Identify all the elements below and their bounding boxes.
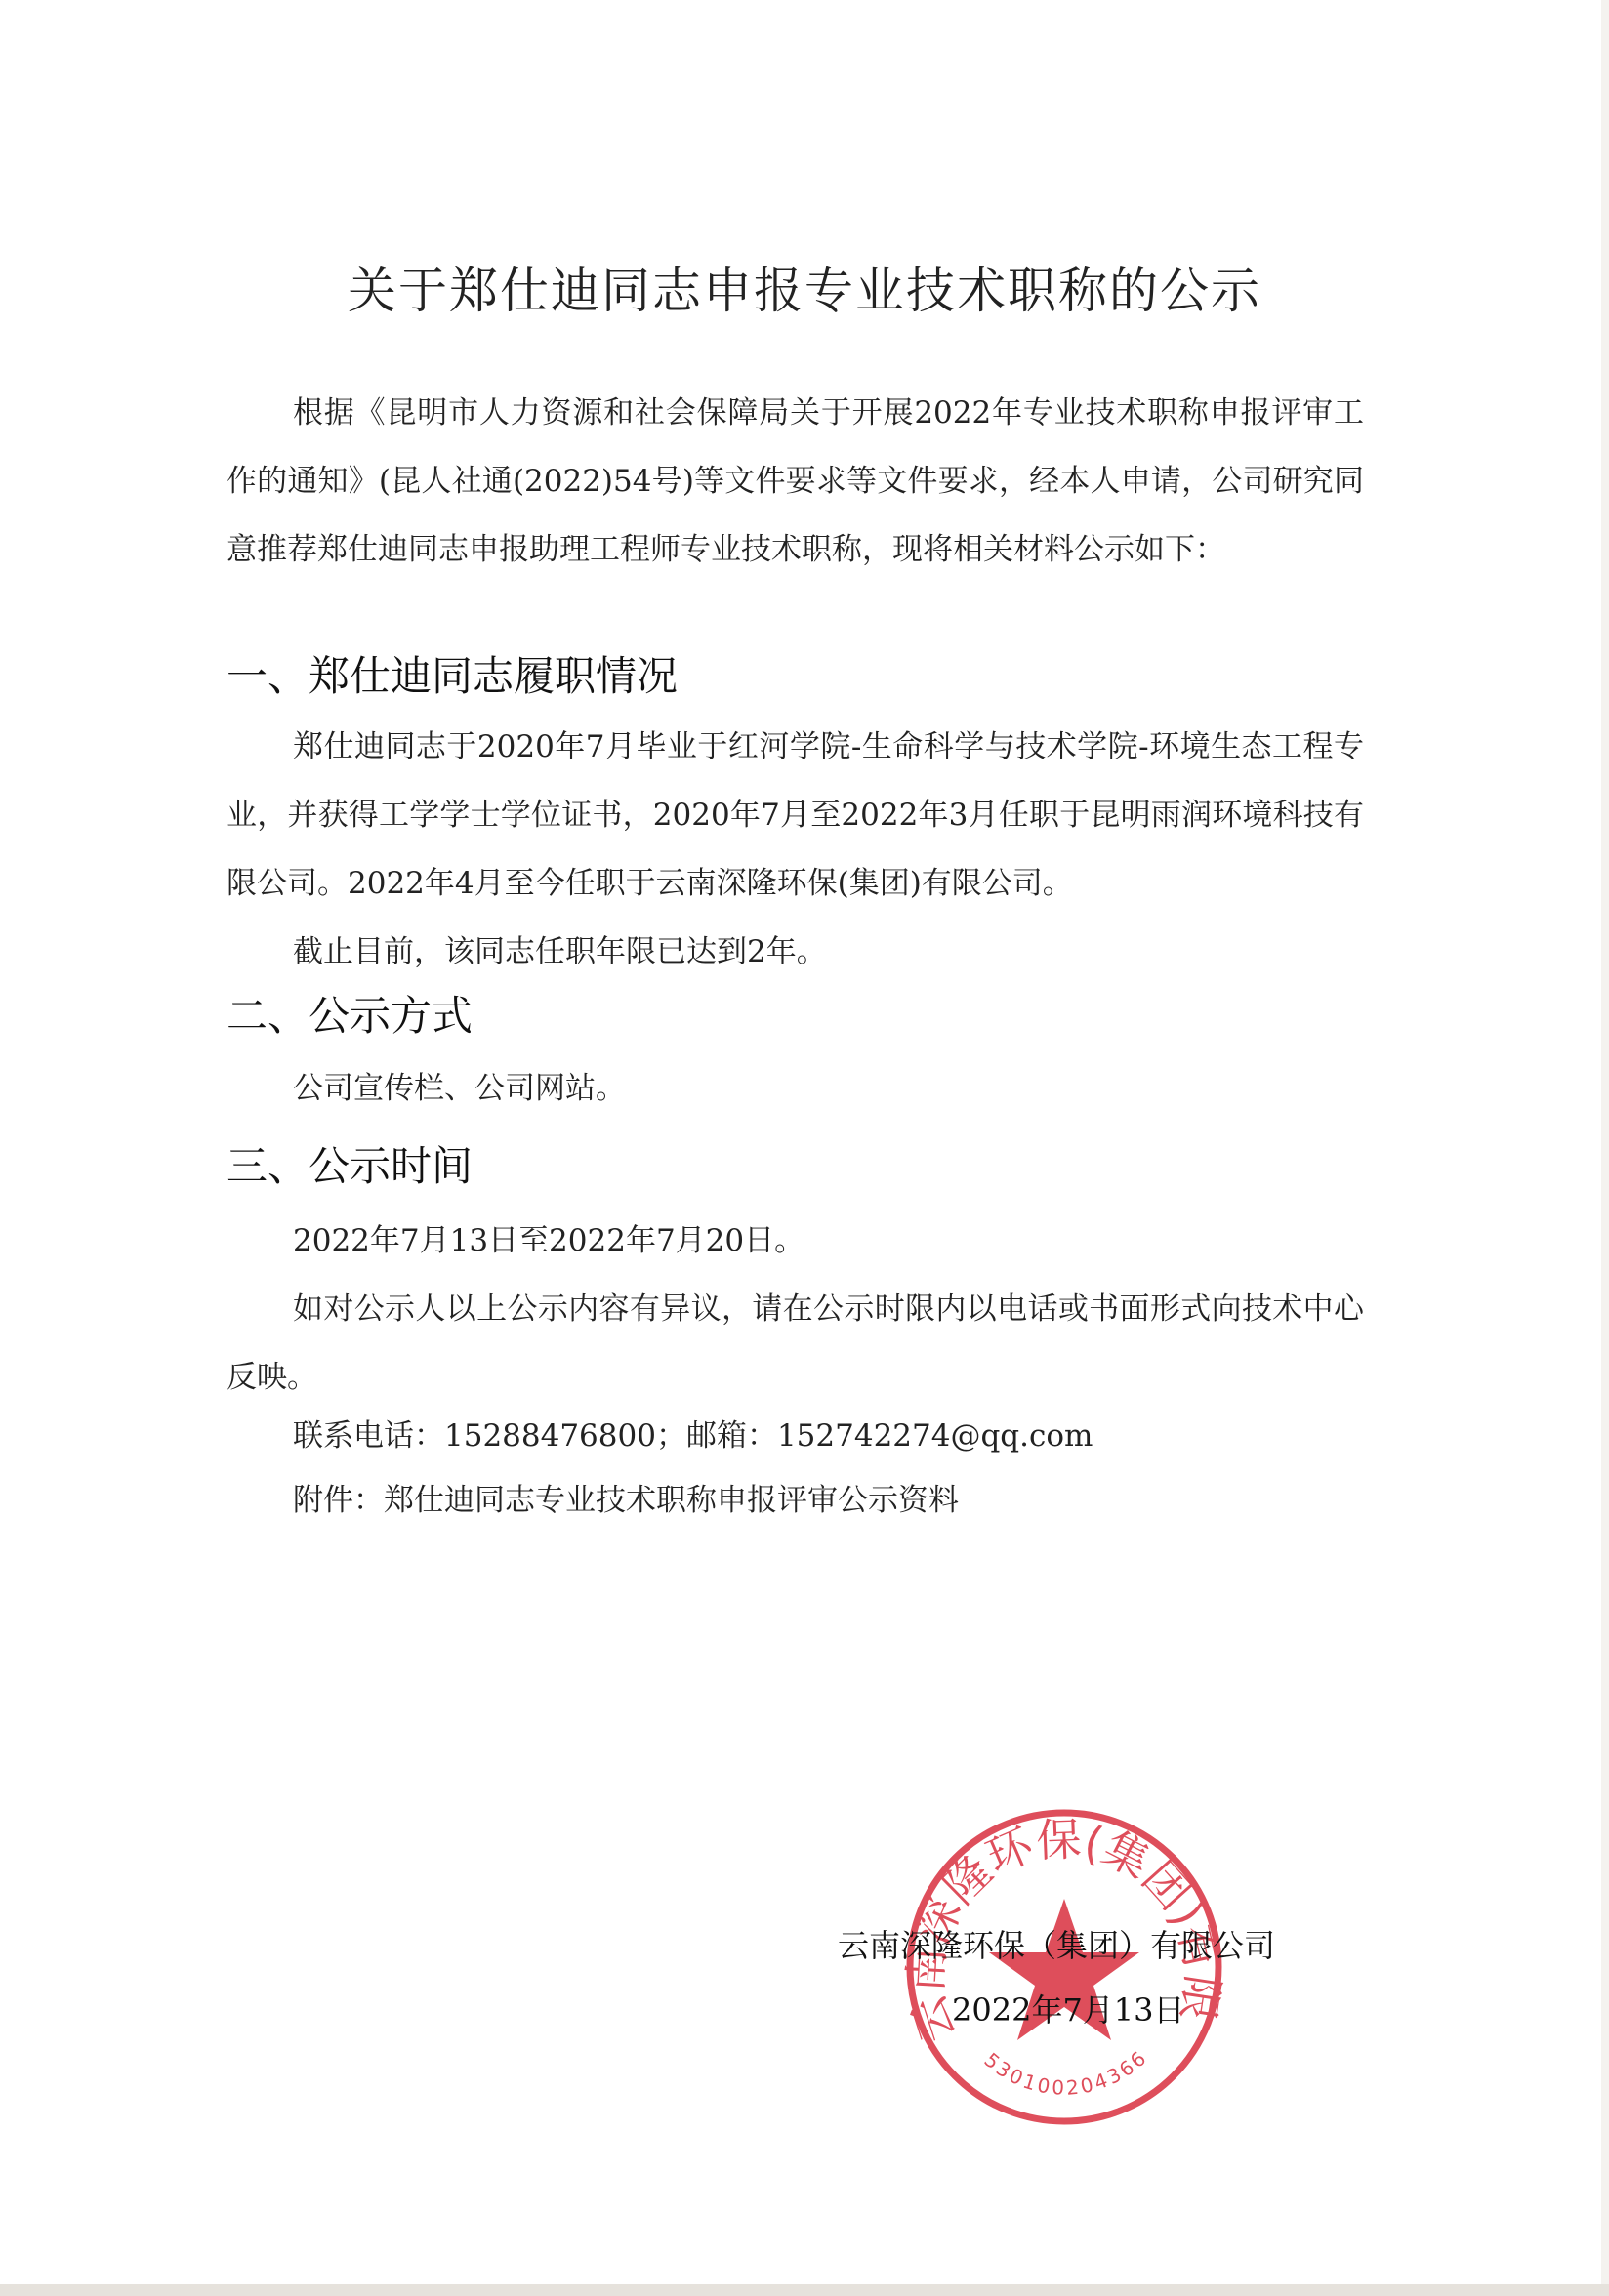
section-heading-2: 二、公示方式	[227, 984, 473, 1043]
attachment-note: 附件：郑仕迪同志专业技术职称申报评审公示资料	[227, 1466, 1364, 1535]
section-heading-1: 一、郑仕迪同志履职情况	[227, 644, 678, 703]
document-title: 关于郑仕迪同志申报专业技术职称的公示	[0, 252, 1609, 322]
section-2-paragraph-1: 公司宣传栏、公司网站。	[227, 1054, 1364, 1123]
contact-info: 联系电话：15288476800；邮箱：152742274@qq.com	[227, 1402, 1364, 1470]
section-1-paragraph-2: 截止目前，该同志任职年限已达到2年。	[227, 918, 1364, 986]
signature-company: 云南深隆环保（集团）有限公司	[838, 1921, 1275, 1966]
section-3-paragraph-2: 如对公示人以上公示内容有异议，请在公示时限内以电话或书面形式向技术中心反映。	[227, 1275, 1364, 1412]
section-1-paragraph-1: 郑仕迪同志于2020年7月毕业于红河学院-生命科学与技术学院-环境生态工程专业，…	[227, 713, 1364, 918]
intro-paragraph: 根据《昆明市人力资源和社会保障局关于开展2022年专业技术职称申报评审工作的通知…	[227, 379, 1364, 584]
scan-edge-right	[1601, 0, 1609, 2284]
section-3-paragraph-1: 2022年7月13日至2022年7月20日。	[227, 1207, 1364, 1275]
signature-date: 2022年7月13日	[952, 1986, 1185, 2030]
company-seal-stamp: 云南深隆环保(集团)有限公司 5301002043666	[903, 1806, 1225, 2128]
section-heading-3: 三、公示时间	[227, 1134, 473, 1193]
document-page: 关于郑仕迪同志申报专业技术职称的公示 根据《昆明市人力资源和社会保障局关于开展2…	[0, 0, 1609, 2296]
scan-edge-bottom	[0, 2284, 1609, 2296]
